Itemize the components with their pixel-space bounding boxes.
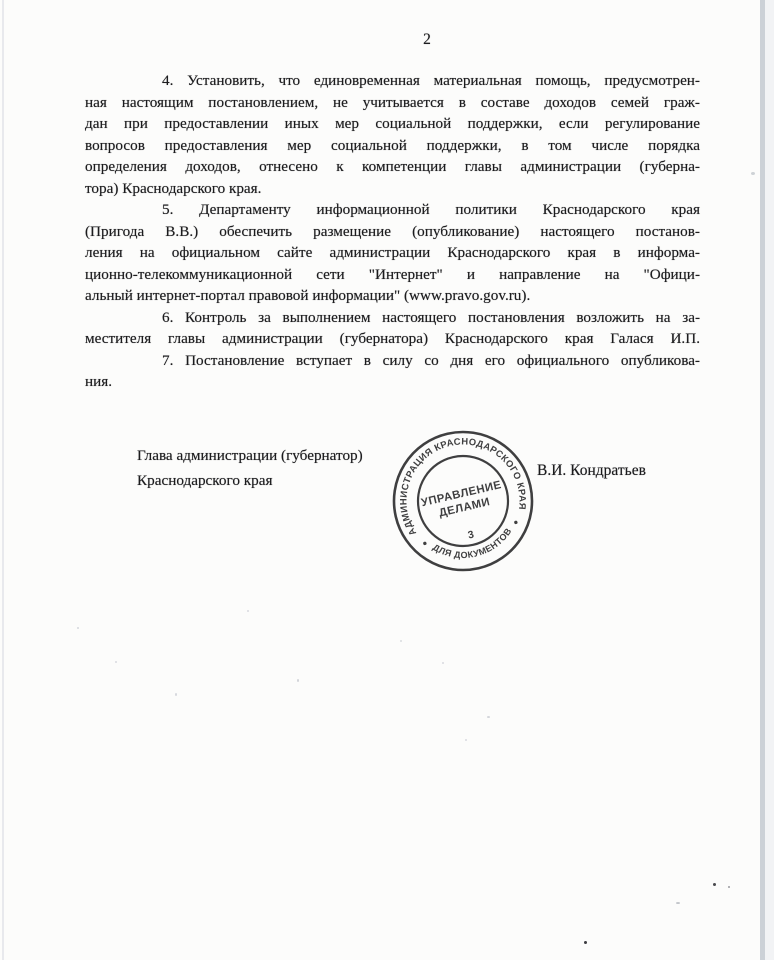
signature-block: Глава администрации (губернатор) Краснод… — [137, 443, 363, 493]
text-line: альный интернет-портал правовой информац… — [85, 285, 700, 307]
signature-title-line2: Краснодарского края — [137, 468, 363, 493]
scan-speckle — [751, 172, 755, 175]
stamp-ring-text: АДМИНИСТРАЦИЯ КРАСНОДАРСКОГО КРАЯ — [384, 422, 532, 538]
text-line: определения доходов, отнесено к компетен… — [85, 156, 700, 178]
text-line: ная настоящим постановлением, не учитыва… — [85, 92, 700, 114]
signature-name: В.И. Кондратьев — [537, 462, 646, 480]
scan-speckle — [115, 661, 117, 663]
text-line: 6. Контроль за выполнением настоящего по… — [85, 307, 700, 329]
text-line: тора) Краснодарского края. — [85, 178, 700, 200]
text-line: местителя главы администрации (губернато… — [85, 328, 700, 350]
scan-speckle — [728, 886, 730, 888]
document-body: 4. Установить, что единовременная матери… — [85, 70, 700, 393]
scan-speckle — [676, 902, 680, 904]
scan-speckle — [400, 640, 402, 642]
stamp-inner-ring — [409, 447, 517, 555]
stamp-number: 3 — [467, 529, 476, 542]
page-number: 2 — [410, 31, 444, 49]
scan-speckle — [465, 739, 467, 741]
scan-speckle — [175, 693, 177, 696]
scan-speckle — [247, 610, 249, 612]
scan-speckle — [77, 627, 79, 629]
official-stamp: АДМИНИСТРАЦИЯ КРАСНОДАРСКОГО КРАЯ ДЛЯ ДО… — [362, 400, 563, 601]
text-line: 7. Постановление вступает в силу со дня … — [85, 350, 700, 372]
scan-speckle — [713, 883, 716, 886]
scan-speckle — [487, 716, 490, 718]
scanned-document-page: 2 4. Установить, что единовременная мате… — [0, 0, 774, 960]
scan-speckle — [297, 679, 299, 682]
text-line: ления на официальном сайте администрации… — [85, 242, 700, 264]
signature-title-line1: Глава администрации (губернатор) — [137, 443, 363, 468]
scan-right-margin — [765, 0, 774, 960]
text-line: 5. Департаменту информационной политики … — [85, 199, 700, 221]
stamp-bottom-text: ДЛЯ ДОКУМЕНТОВ — [429, 524, 517, 568]
stamp-center-line1: УПРАВЛЕНИЕ — [420, 479, 503, 509]
text-line: 4. Установить, что единовременная матери… — [85, 70, 700, 92]
scan-speckle — [584, 941, 587, 944]
text-line: (Пригода В.В.) обеспечить размещение (оп… — [85, 221, 700, 243]
stamp-outer-ring — [380, 418, 546, 584]
text-line: ционно-телекоммуникационной сети "Интерн… — [85, 264, 700, 286]
text-line: ния. — [85, 371, 700, 393]
scan-left-edge — [2, 0, 4, 960]
text-line: вопросов предоставления мер социальной п… — [85, 135, 700, 157]
stamp-separator-dot-right — [514, 520, 518, 524]
scan-speckle — [442, 662, 444, 664]
text-line: дан при предоставлении иных мер социальн… — [85, 113, 700, 135]
stamp-separator-dot-left — [423, 541, 427, 545]
stamp-center-line2: ДЕЛАМИ — [438, 496, 492, 519]
